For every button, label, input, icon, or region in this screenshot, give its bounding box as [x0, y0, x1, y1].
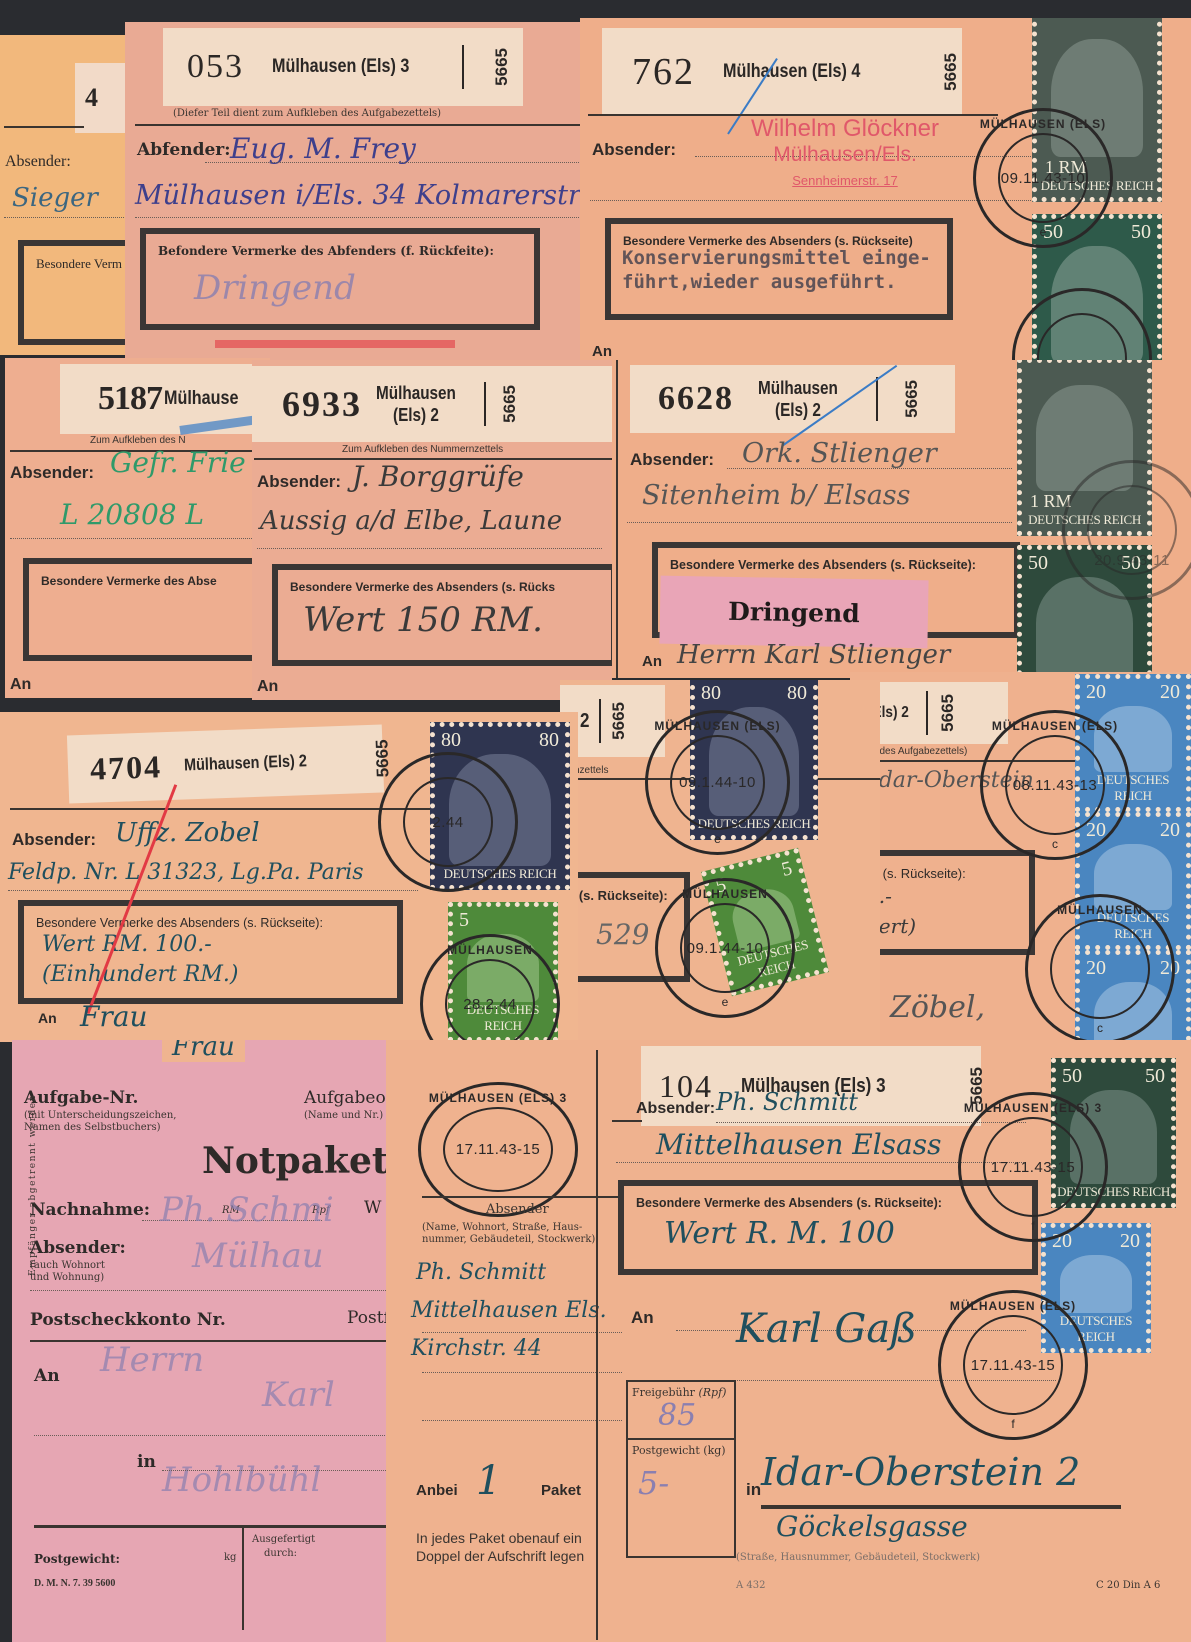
absender-line-2: Aussig a/d Elbe, Laune	[260, 506, 562, 536]
postscheck-label: Postscheckkonto Nr.	[30, 1310, 226, 1330]
divider	[4, 126, 84, 128]
parcel-card-5187: 5187 Mülhause Zum Aufkleben des N Absend…	[5, 358, 270, 698]
label-number: 053	[187, 48, 244, 86]
parcel-card-idar: (Els) 2 5665 ben des Aufgabezettels) Ida…	[850, 672, 1191, 1052]
postal-code: 5665	[500, 385, 520, 423]
an-handwriting: Herrn Karl Stlienger	[677, 640, 950, 670]
in-handwriting: Idar-Oberstein 2	[761, 1450, 1080, 1494]
absender-line-1: Ph. Schmitt	[716, 1088, 858, 1116]
label-number: 6933	[282, 383, 362, 425]
notes-typed: Konservierungsmittel einge- führt,wieder…	[622, 246, 931, 294]
notes-handwriting: Wert 150 RM.	[303, 600, 543, 640]
postal-code: 5665	[492, 48, 512, 86]
postmark: MÜLHAUSEN 09.1.44-10 e	[655, 878, 795, 1018]
an-handwriting: Zöbel,	[890, 990, 985, 1025]
notes-box: Befondere Vermerke des Abfenders (f. Rüc…	[140, 228, 540, 330]
label-number: 4704	[89, 748, 162, 787]
absender-line-2: Feldp. Nr. L 31323, Lg.Pa. Paris	[8, 860, 364, 885]
parcel-card-6628: 6628 Mülhausen (Els) 2 5665 Absender: Or…	[612, 360, 1191, 678]
nachnahme-label: Nachnahme:	[30, 1200, 150, 1220]
form-size: C 20 Din A 6	[1096, 1580, 1160, 1591]
postgewicht-value: 5-	[638, 1464, 669, 1502]
form-code: D. M. N. 7. 39 5600	[34, 1578, 115, 1589]
absender-label: Absender:	[5, 153, 71, 171]
notpaketkarte-form: Frau Aufgabe-Nr. (mit Unterscheidungszei…	[12, 1040, 397, 1642]
an-label: An	[34, 1366, 60, 1386]
postal-code: 5665	[372, 739, 393, 778]
dotted-line	[4, 217, 134, 218]
an-handwriting: Frau	[80, 1000, 148, 1033]
absender-handwriting: Sieger	[12, 183, 98, 213]
street-handwriting: Göckelsgasse	[776, 1510, 968, 1543]
postmark: MÜLHAUSEN (ELS) 09.11.43-10 e	[973, 108, 1113, 248]
paket-label: Paket	[541, 1482, 581, 1499]
absender-line-1: Ork. Stlienger	[742, 438, 937, 469]
postmark: 2.44	[378, 752, 518, 892]
label-number: 5187	[98, 380, 162, 418]
postal-code: 5665	[609, 702, 629, 740]
top-handwriting: Frau	[162, 1040, 245, 1062]
parcel-card-48: 4 Absender: Sieger Besondere Verm	[0, 35, 140, 355]
number-label: 762 Mülhausen (Els) 4 5665	[602, 28, 962, 116]
parcel-card-6933: 6933 Mülhausen (Els) 2 5665 Zum Aufklebe…	[252, 360, 612, 700]
label-number: 762	[632, 50, 695, 94]
absender-line-1: Eug. M. Frey	[230, 132, 416, 165]
in-label: in	[746, 1480, 761, 1500]
in-label: in	[137, 1452, 156, 1472]
absender-label: Absender:	[30, 1238, 126, 1258]
an-label: An	[592, 343, 612, 360]
post-office: Mülhausen (Els) 2	[376, 382, 456, 426]
postmark: MÜLHAUSEN (ELS) 08.11.43-13 c	[980, 710, 1130, 860]
postal-code: 5665	[967, 1067, 987, 1105]
parcel-card-762: 762 Mülhausen (Els) 4 5665 Absender: Wil…	[580, 18, 1191, 363]
sender-address-stamp: Wilhelm Glöckner Mülhausen/Els. Sennheim…	[740, 116, 950, 194]
an-label: An	[257, 678, 278, 696]
notes-box: Besondere Vermerke des Absenders (s. Rüc…	[18, 900, 403, 1004]
absender-line-2: Sitenheim b/ Elsass	[642, 480, 911, 511]
absender-label: Absender:	[636, 1100, 715, 1118]
parcel-card-middle: 2 5665 nzettels s (s. Rückseite): 529 80…	[560, 680, 880, 1050]
freigebuehr-value: 85	[658, 1398, 696, 1433]
postmark: MÜLHAUSEN (ELS) 09.1.44-10 e	[645, 710, 790, 855]
number-label: 4704 Mülhausen (Els) 2 5665	[67, 725, 384, 804]
absender-line-1: J. Borggrüfe	[352, 460, 524, 493]
number-label: 053 Mülhausen (Els) 3 5665	[163, 28, 523, 106]
postmark: MÜLHAUSEN c	[1025, 894, 1175, 1044]
an-label: An	[642, 653, 662, 670]
absender-line-2: L 20808 L	[60, 498, 204, 531]
notes-box: Besondere Vermerke des Abse	[23, 558, 270, 661]
postmark: MÜLHAUSEN (ELS) 17.11.43-15 f	[938, 1290, 1088, 1440]
an-handwriting: Karl Gaß	[736, 1306, 917, 1352]
postal-code: 5665	[902, 380, 922, 418]
an-label: An	[10, 676, 31, 694]
absender-label: Absender:	[592, 140, 676, 160]
number-label: 6628 Mülhausen (Els) 2 5665	[630, 365, 955, 433]
absender-line-2: Mittelhausen Elsass	[656, 1128, 941, 1161]
notes-box: Besondere Vermerke des Absenders (s. Rüc…	[272, 564, 612, 666]
absender-line-2: Mülhausen i/Els. 34 Kolmarerstr	[135, 180, 581, 211]
label-number: 6628	[658, 380, 734, 418]
post-office: Mülhausen (Els) 2	[184, 751, 307, 775]
parcel-card-104: MÜLHAUSEN (ELS) 3 17.11.43-15 Absender (…	[386, 1040, 1191, 1642]
post-office: Mülhause	[164, 388, 238, 410]
label-number: 104	[659, 1068, 713, 1105]
absender-label: Absender:	[630, 450, 714, 470]
parcel-card-053: 053 Mülhausen (Els) 3 5665 (Diefer Teil …	[125, 22, 595, 362]
anbei-label: Anbei	[416, 1482, 458, 1499]
notes-handwriting: Dringend	[194, 268, 356, 308]
postmark: MÜLHAUSEN (ELS) 3 17.11.43-15 f	[958, 1092, 1108, 1242]
aufgabeort-label: Aufgabeort	[304, 1088, 397, 1108]
an-label: An	[631, 1308, 654, 1328]
notes-box: Besondere Verm	[18, 240, 140, 345]
absender-line-1: Gefr. Frie	[110, 446, 246, 479]
post-office: Mülhausen (Els) 3	[272, 56, 409, 78]
post-office: Mülhausen (Els) 4	[723, 61, 860, 83]
number-label: 6933 Mülhausen (Els) 2 5665	[252, 366, 612, 442]
postal-code: 5665	[938, 694, 958, 732]
number-label: (Els) 2 5665	[858, 682, 1008, 744]
absender-label: Absender:	[12, 830, 96, 850]
absender-label: Abfender:	[137, 140, 231, 160]
label-caption: (Diefer Teil dient zum Aufkleben des Auf…	[173, 108, 441, 119]
aufgabe-nr-label: Aufgabe-Nr.	[24, 1088, 138, 1108]
absender-label: Absender:	[257, 472, 341, 492]
notes-handwriting: Wert R. M. 100	[664, 1216, 895, 1251]
parcel-card-4704: 4704 Mülhausen (Els) 2 5665 Absender: Uf…	[0, 712, 578, 1042]
urgent-label: Dringend	[659, 576, 928, 649]
absender-line-1: Uffz. Zobel	[115, 818, 260, 848]
postal-code: 5665	[941, 53, 961, 91]
an-label: An	[38, 1010, 57, 1026]
fee-box: Freigebühr (Rpf) 85 Postgewicht (kg) 5-	[626, 1380, 736, 1558]
absender-label: Absender:	[10, 463, 94, 483]
postgewicht-label: Postgewicht:	[34, 1552, 120, 1566]
postmark: 20.9.43-11	[1062, 460, 1191, 600]
form-title: Notpaketka	[202, 1140, 397, 1182]
anbei-value: 1	[476, 1458, 501, 1504]
label-number: 4	[85, 83, 100, 113]
